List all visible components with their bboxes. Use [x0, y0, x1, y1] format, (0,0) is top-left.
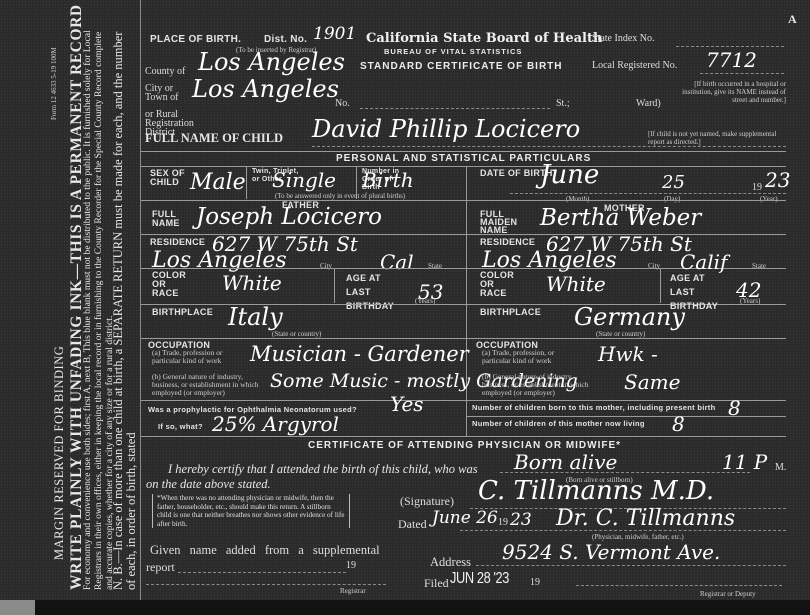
signature-label: (Signature) — [400, 494, 454, 509]
report-year-prefix: 19 — [346, 560, 356, 571]
filed-label: Filed — [424, 576, 449, 591]
hospital-note: [If birth occurred in a hospital or inst… — [678, 80, 786, 104]
father-age-label: AGE AT LAST BIRTHDAY — [346, 271, 406, 313]
address-label: Address — [430, 555, 471, 570]
bureau-title: BUREAU OF VITAL STATISTICS — [384, 47, 522, 56]
father-residence-label: RESIDENCE — [150, 237, 205, 247]
signer-field — [460, 530, 786, 531]
st-label: St.; — [556, 98, 570, 109]
father-occ-a-label: (a) Trade, profession or particular kind… — [152, 349, 242, 365]
prophylactic-what-label: If so, what? — [158, 422, 203, 431]
cell-divider — [660, 268, 661, 303]
row-rule — [141, 436, 786, 437]
mother-occ-b-label: (b) General nature of industry, business… — [482, 373, 594, 397]
order-value: Birth — [362, 168, 414, 192]
mother-name: Bertha Weber — [540, 205, 701, 231]
father-birthplace: Italy — [228, 303, 283, 331]
father-color-label: COLOR OR RACE — [152, 271, 192, 298]
row-rule — [141, 200, 786, 201]
local-reg-value: 7712 — [706, 48, 757, 72]
mother-name-label: FULL MAIDEN NAME — [480, 210, 520, 234]
binding-margin: Form 12 4633 5-19 100M MARGIN RESERVED F… — [0, 0, 140, 600]
scan-edge — [0, 600, 810, 615]
mother-state-caption: State — [752, 262, 766, 270]
birthplace-caption: (State or country) — [272, 330, 321, 338]
dob-month: June — [540, 160, 599, 190]
city-label: City or Town of — [145, 84, 185, 102]
full-name-field — [312, 146, 786, 147]
filed-year-prefix: 19 — [530, 577, 540, 588]
registrar-field — [146, 584, 386, 585]
sex-value: Male — [190, 170, 246, 195]
place-of-birth-label: PLACE OF BIRTH. — [150, 34, 241, 45]
mother-occ-a-label: (a) Trade, profession, or particular kin… — [482, 349, 572, 365]
row-rule — [466, 416, 786, 417]
father-birthplace-label: BIRTHPLACE — [152, 307, 213, 317]
dob-day: 25 — [662, 172, 685, 193]
address-value: 9524 S. Vermont Ave. — [502, 540, 720, 564]
dob-year-prefix: 19 — [752, 182, 762, 193]
day-caption: (Day) — [664, 195, 680, 203]
nb-notice: N. B.—In case of more than one child at … — [112, 30, 138, 590]
registrar-deputy-caption: Registrar or Deputy — [700, 590, 756, 598]
ward-label: Ward) — [636, 98, 661, 109]
sex-label: SEX OF CHILD — [150, 169, 190, 187]
local-reg-field — [700, 73, 784, 74]
city-value: Los Angeles — [192, 75, 339, 103]
parents-divider — [466, 166, 467, 436]
mother-occ-a: Hwk - — [598, 342, 658, 366]
certificate-title: STANDARD CERTIFICATE OF BIRTH — [360, 61, 563, 72]
dated-year-prefix: 19 — [498, 517, 508, 528]
local-reg-label: Local Registered No. — [592, 60, 677, 71]
mother-birthplace-caption: (State or country) — [596, 330, 645, 338]
year-caption: (Year) — [760, 195, 778, 203]
scan-corner — [0, 600, 35, 615]
state-index-field — [676, 46, 784, 47]
prophylactic-answer: Yes — [390, 392, 424, 416]
street-field — [360, 108, 550, 109]
mother-years-caption: (Years) — [740, 297, 760, 305]
physician-signature: C. Tillmanns M.D. — [478, 476, 714, 506]
county-value: Los Angeles — [198, 48, 345, 76]
children-living-label: Number of children of this mother now li… — [472, 419, 645, 428]
dob-field — [510, 193, 786, 194]
registrar-deputy-field — [576, 585, 782, 586]
father-name-label: FULL NAME — [152, 210, 186, 228]
no-label: No. — [335, 98, 350, 109]
father-occ-b-label: (b) General nature of industry, business… — [152, 373, 264, 397]
m-label: M. — [775, 462, 786, 473]
form-code: Form 12 4633 5-19 100M — [50, 47, 58, 120]
certify-text: I hereby certify that I attended the bir… — [168, 462, 478, 477]
mother-birthplace-label: BIRTHPLACE — [480, 307, 541, 317]
cell-divider — [246, 166, 247, 199]
filed-stamp: JUN 28 '23 — [450, 570, 509, 588]
child-full-name: David Phillip Locicero — [312, 115, 580, 143]
margin-reserved-text: MARGIN RESERVED FOR BINDING — [52, 346, 67, 560]
mother-birthplace: Germany — [574, 303, 685, 331]
form-letter: A — [788, 12, 797, 27]
address-field — [476, 565, 786, 566]
state-index-label: State Index No. — [592, 33, 655, 44]
report-label: report — [146, 560, 175, 575]
dated-label: Dated — [398, 517, 427, 532]
cell-divider — [334, 268, 335, 303]
mother-color-label: COLOR OR RACE — [480, 271, 520, 298]
section-rule — [141, 166, 786, 167]
birth-time: 11 P — [722, 450, 767, 474]
father-color: White — [222, 271, 282, 295]
month-caption: (Month) — [566, 195, 589, 203]
mother-occ-b: Same — [624, 370, 680, 394]
mother-color: White — [546, 272, 606, 296]
midwife-note: *When there was no attending physician o… — [152, 494, 350, 528]
board-title: California State Board of Health — [366, 31, 602, 46]
report-field — [178, 572, 346, 573]
status-field — [500, 472, 750, 473]
father-occ-a: Musician - Gardener — [250, 342, 469, 366]
mother-residence-label: RESIDENCE — [480, 237, 535, 247]
dist-value: 1901 — [313, 24, 356, 44]
signed-by: Dr. C. Tillmanns — [556, 506, 735, 531]
section-rule — [141, 151, 786, 152]
children-living: 8 — [672, 412, 685, 436]
margin-divider — [140, 0, 141, 600]
full-name-label: FULL NAME OF CHILD — [145, 131, 283, 146]
dist-label: Dist. No. — [264, 34, 307, 45]
twin-value: Single — [272, 168, 336, 192]
mother-city-caption: City — [648, 262, 660, 270]
date-text: on the date above stated. — [146, 477, 271, 492]
county-label: County of — [145, 66, 185, 77]
birth-status: Born alive — [514, 450, 617, 474]
supplemental-text: Given name added from a supplemental — [150, 543, 380, 558]
prophylactic-what: 25% Argyrol — [212, 412, 339, 436]
plural-note: (To be answered only in event of plural … — [275, 192, 405, 200]
children-born-label: Number of children born to this mother, … — [472, 403, 716, 412]
dated-value: June 26 — [432, 508, 498, 528]
dob-year: 23 — [765, 168, 790, 192]
father-name: Joseph Locicero — [196, 204, 382, 230]
row-rule — [141, 338, 786, 339]
name-note: [If child is not yet named, make supplem… — [648, 130, 788, 146]
dated-year: 23 — [510, 510, 532, 530]
registrar-caption: Registrar — [340, 587, 366, 595]
